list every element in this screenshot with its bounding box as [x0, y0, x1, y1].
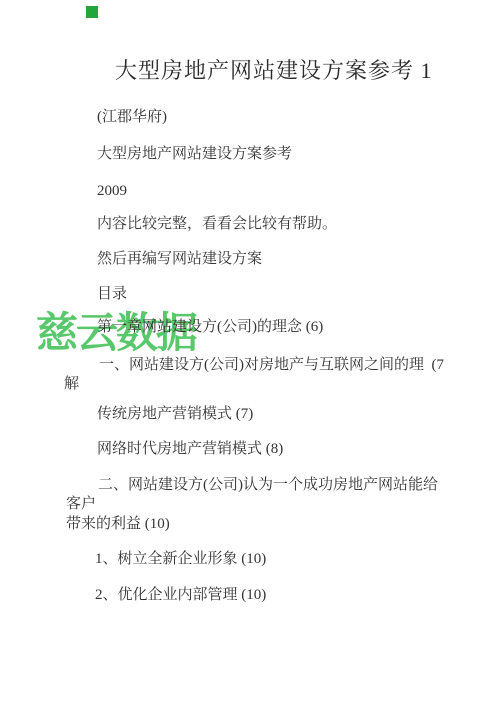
text-line: 然后再编写网站建设方案: [97, 251, 262, 268]
toc-line-wrap: 解: [64, 376, 79, 393]
text-line: 大型房地产网站建设方案参考: [97, 146, 292, 163]
toc-line-chapter1: 第一章网站建设方(公司)的理念 (6): [97, 319, 323, 336]
document-page: 慈云数据 大型房地产网站建设方案参考 1 (江郡华府) 大型房地产网站建设方案参…: [0, 0, 500, 708]
text-line: 2009: [97, 183, 127, 200]
page-title: 大型房地产网站建设方案参考 1: [115, 58, 433, 84]
toc-line: 1、树立全新企业形象 (10): [95, 551, 266, 568]
toc-line: 传统房地产营销模式 (7): [97, 406, 253, 423]
text-line: 内容比较完整，看看会比较有帮助。: [97, 216, 337, 233]
document-text-layer: 大型房地产网站建设方案参考 1 (江郡华府) 大型房地产网站建设方案参考 200…: [0, 0, 500, 708]
toc-line: 一、网站建设方(公司)对房地产与互联网之间的理 (7: [99, 357, 444, 374]
toc-line-wrap: 客户: [66, 496, 96, 513]
toc-line: 二、网站建设方(公司)认为一个成功房地产网站能给: [98, 477, 438, 494]
toc-line: 2、优化企业内部管理 (10): [95, 587, 266, 604]
text-line: 目录: [97, 286, 127, 303]
toc-line-wrap: 带来的利益 (10): [66, 516, 170, 533]
text-line: (江郡华府): [97, 109, 167, 126]
toc-line: 网络时代房地产营销模式 (8): [97, 441, 283, 458]
